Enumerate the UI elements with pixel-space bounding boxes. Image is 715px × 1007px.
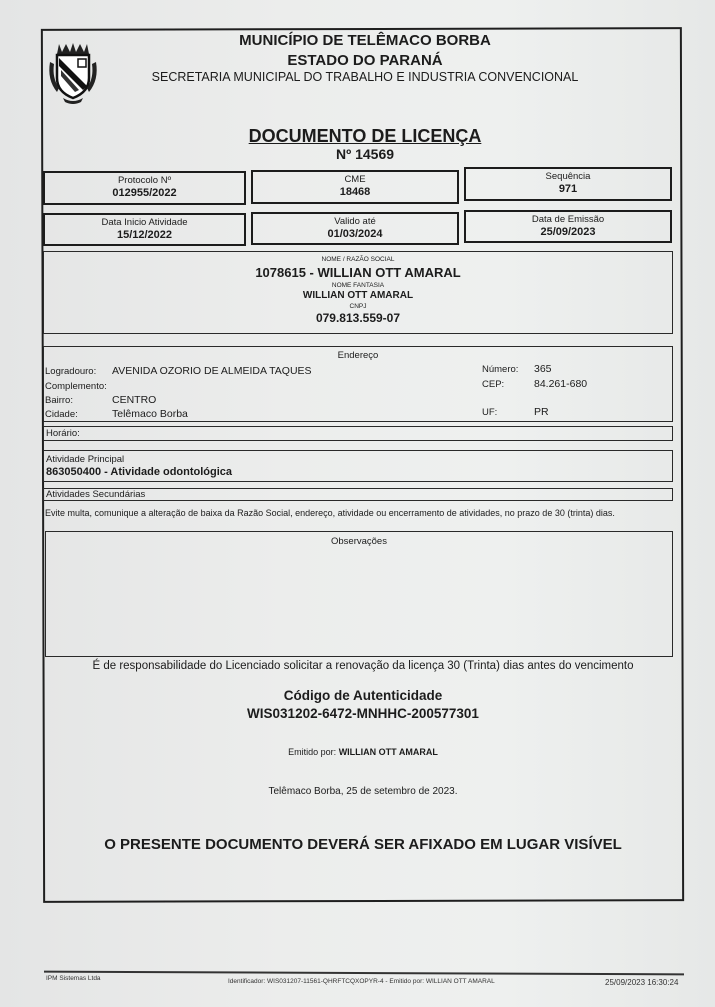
address-section-label: Endereço (43, 350, 673, 361)
company-name-label: NOME / RAZÃO SOCIAL (44, 256, 672, 263)
cep-value: 84.261-680 (534, 378, 587, 390)
protocol-box: Protocolo Nº 012955/2022 (43, 171, 246, 205)
complement-label: Complemento: (45, 381, 107, 392)
cme-label: CME (253, 174, 457, 185)
schedule-box: Horário: (43, 426, 673, 441)
municipality-title: MUNICÍPIO DE TELÊMACO BORBA (130, 32, 600, 49)
document-title: DOCUMENTO DE LICENÇA (130, 126, 600, 147)
cep-label: CEP: (482, 379, 504, 390)
cnpj-value: 079.813.559-07 (44, 311, 672, 325)
cme-value: 18468 (253, 186, 457, 198)
affix-notice: O PRESENTE DOCUMENTO DEVERÁ SER AFIXADO … (43, 836, 683, 853)
state-title: ESTADO DO PARANÁ (130, 52, 600, 69)
activity-start-value: 15/12/2022 (45, 229, 244, 241)
number-value: 365 (534, 363, 552, 375)
company-name: 1078615 - WILLIAN OTT AMARAL (44, 265, 672, 280)
secondary-activities-box: Atividades Secundárias (43, 488, 673, 501)
valid-until-value: 01/03/2024 (253, 228, 457, 240)
protocol-label: Protocolo Nº (45, 175, 244, 186)
uf-value: PR (534, 406, 549, 418)
coat-of-arms-icon (45, 40, 101, 106)
footer-identifier: Identificador: WIS031207-11561-QHRFTCQXO… (228, 978, 495, 985)
renewal-responsibility: É de responsabilidade do Licenciado soli… (43, 660, 683, 672)
trade-name: WILLIAN OTT AMARAL (44, 290, 672, 301)
footer-timestamp: 25/09/2023 16:30:24 (605, 978, 678, 987)
authenticity-title: Código de Autenticidade (43, 688, 683, 703)
main-activity-label: Atividade Principal (44, 454, 672, 465)
sequence-value: 971 (466, 183, 670, 195)
trade-name-label: NOME FANTASIA (44, 282, 672, 289)
issued-by: Emitido por: WILLIAN OTT AMARAL (43, 747, 683, 757)
sequence-label: Sequência (466, 171, 670, 182)
main-activity-box: Atividade Principal 863050400 - Atividad… (43, 450, 673, 482)
issued-by-label: Emitido por: (288, 747, 336, 757)
cme-box: CME 18468 (251, 170, 459, 204)
district-label: Bairro: (45, 395, 73, 406)
issue-date-label: Data de Emissão (466, 214, 670, 225)
activity-start-box: Data Inicio Atividade 15/12/2022 (43, 213, 246, 246)
authenticity-code: WIS031202-6472-MNHHC-200577301 (43, 706, 683, 721)
number-label: Número: (482, 364, 518, 375)
valid-until-label: Valido até (253, 216, 457, 227)
uf-label: UF: (482, 407, 497, 418)
street-label: Logradouro: (45, 366, 96, 377)
district-value: CENTRO (112, 394, 156, 406)
main-activity-value: 863050400 - Atividade odontológica (44, 466, 672, 478)
document-number: Nº 14569 (130, 146, 600, 162)
sequence-box: Sequência 971 (464, 167, 672, 201)
observations-box: Observações (45, 531, 673, 657)
issue-date-value: 25/09/2023 (466, 226, 670, 238)
activity-start-label: Data Inicio Atividade (45, 217, 244, 228)
footer-company: IPM Sistemas Ltda (46, 975, 101, 982)
cnpj-label: CNPJ (44, 303, 672, 310)
city-label: Cidade: (45, 409, 78, 420)
issue-date-box: Data de Emissão 25/09/2023 (464, 210, 672, 243)
street-value: AVENIDA OZORIO DE ALMEIDA TAQUES (112, 365, 312, 377)
place-date: Telêmaco Borba, 25 de setembro de 2023. (43, 786, 683, 797)
secondary-activities-label: Atividades Secundárias (44, 489, 672, 500)
department-title: SECRETARIA MUNICIPAL DO TRABALHO E INDUS… (130, 70, 600, 84)
company-box: NOME / RAZÃO SOCIAL 1078615 - WILLIAN OT… (43, 251, 673, 334)
schedule-label: Horário: (44, 427, 672, 440)
issued-by-name: WILLIAN OTT AMARAL (339, 747, 438, 757)
protocol-value: 012955/2022 (45, 187, 244, 199)
change-notice: Evite multa, comunique a alteração de ba… (45, 508, 685, 518)
observations-label: Observações (46, 536, 672, 547)
city-value: Telêmaco Borba (112, 408, 188, 420)
valid-until-box: Valido até 01/03/2024 (251, 212, 459, 245)
